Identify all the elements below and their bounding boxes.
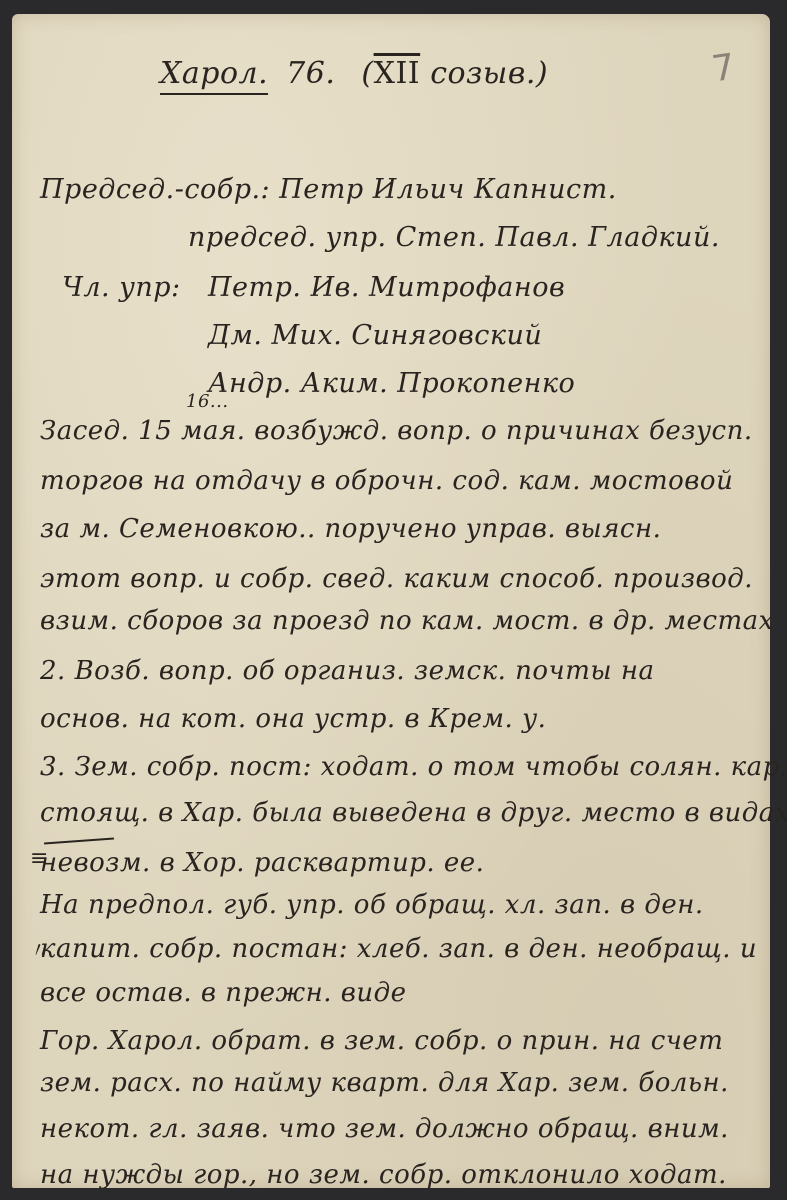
folio-number: 7 <box>709 47 737 91</box>
body-line: стоящ. в Хар. была выведена в друг. мест… <box>40 798 787 828</box>
body-line: взим. сборов за проезд по кам. мост. в д… <box>40 606 774 636</box>
title-main: Харол. <box>160 56 268 95</box>
section-divider <box>44 838 114 845</box>
convocation-roman: XII <box>374 56 421 91</box>
convocation-label: созыв.) <box>420 56 548 91</box>
margin-mark: ≡ <box>30 846 48 871</box>
title-number: 76. <box>286 56 335 91</box>
manuscript-page: 7 Харол.76.(XII созыв.) Председ.-собр.: … <box>12 14 770 1188</box>
body-line: зем. расх. по найму кварт. для Хар. зем.… <box>40 1068 729 1098</box>
document-title: Харол.76.(XII созыв.) <box>160 56 548 91</box>
body-line: На предпол. губ. упр. об обращ. хл. зап.… <box>40 890 704 920</box>
member-line: Андр. Аким. Прокопенко <box>208 368 575 399</box>
body-line: торгов на отдачу в оброчн. сод. кам. мос… <box>40 466 733 496</box>
members-label: Чл. упр: <box>62 272 181 303</box>
body-line: невозм. в Хор. расквартир. ее. <box>40 848 484 878</box>
body-line: некот. гл. заяв. что зем. должно обращ. … <box>40 1114 729 1144</box>
convocation: (XII созыв.) <box>361 56 548 91</box>
body-line: на нужды гор., но зем. собр. отклонило х… <box>40 1160 727 1190</box>
body-line: капит. собр. постан: хлеб. зап. в ден. н… <box>40 934 757 964</box>
body-line: этот вопр. и собр. свед. каким способ. п… <box>40 564 753 594</box>
chair-board-line: председ. упр. Степ. Павл. Гладкий. <box>188 222 720 253</box>
chair-assembly-line: Председ.-собр.: Петр Ильич Капнист. <box>40 174 617 205</box>
body-line: 2. Возб. вопр. об организ. земск. почты … <box>40 656 654 686</box>
body-line: за м. Семеновкою.. поручено управ. выясн… <box>40 514 661 544</box>
body-line: 3. Зем. собр. пост: ходат. о том чтобы с… <box>40 752 787 782</box>
margin-mark: 〃 <box>30 934 52 965</box>
member-line: Дм. Мих. Синяговский <box>208 320 542 351</box>
convocation-open: ( <box>361 56 373 91</box>
body-line: все остав. в прежн. виде <box>40 978 407 1008</box>
body-line: Засед. 15 мая. возбужд. вопр. о причинах… <box>40 416 753 446</box>
member-line: Петр. Ив. Митрофанов <box>208 272 565 303</box>
body-line: основ. на кот. она устр. в Крем. у. <box>40 704 546 734</box>
body-line: Гор. Харол. обрат. в зем. собр. о прин. … <box>40 1026 723 1056</box>
date-annotation: 16... <box>186 391 229 412</box>
